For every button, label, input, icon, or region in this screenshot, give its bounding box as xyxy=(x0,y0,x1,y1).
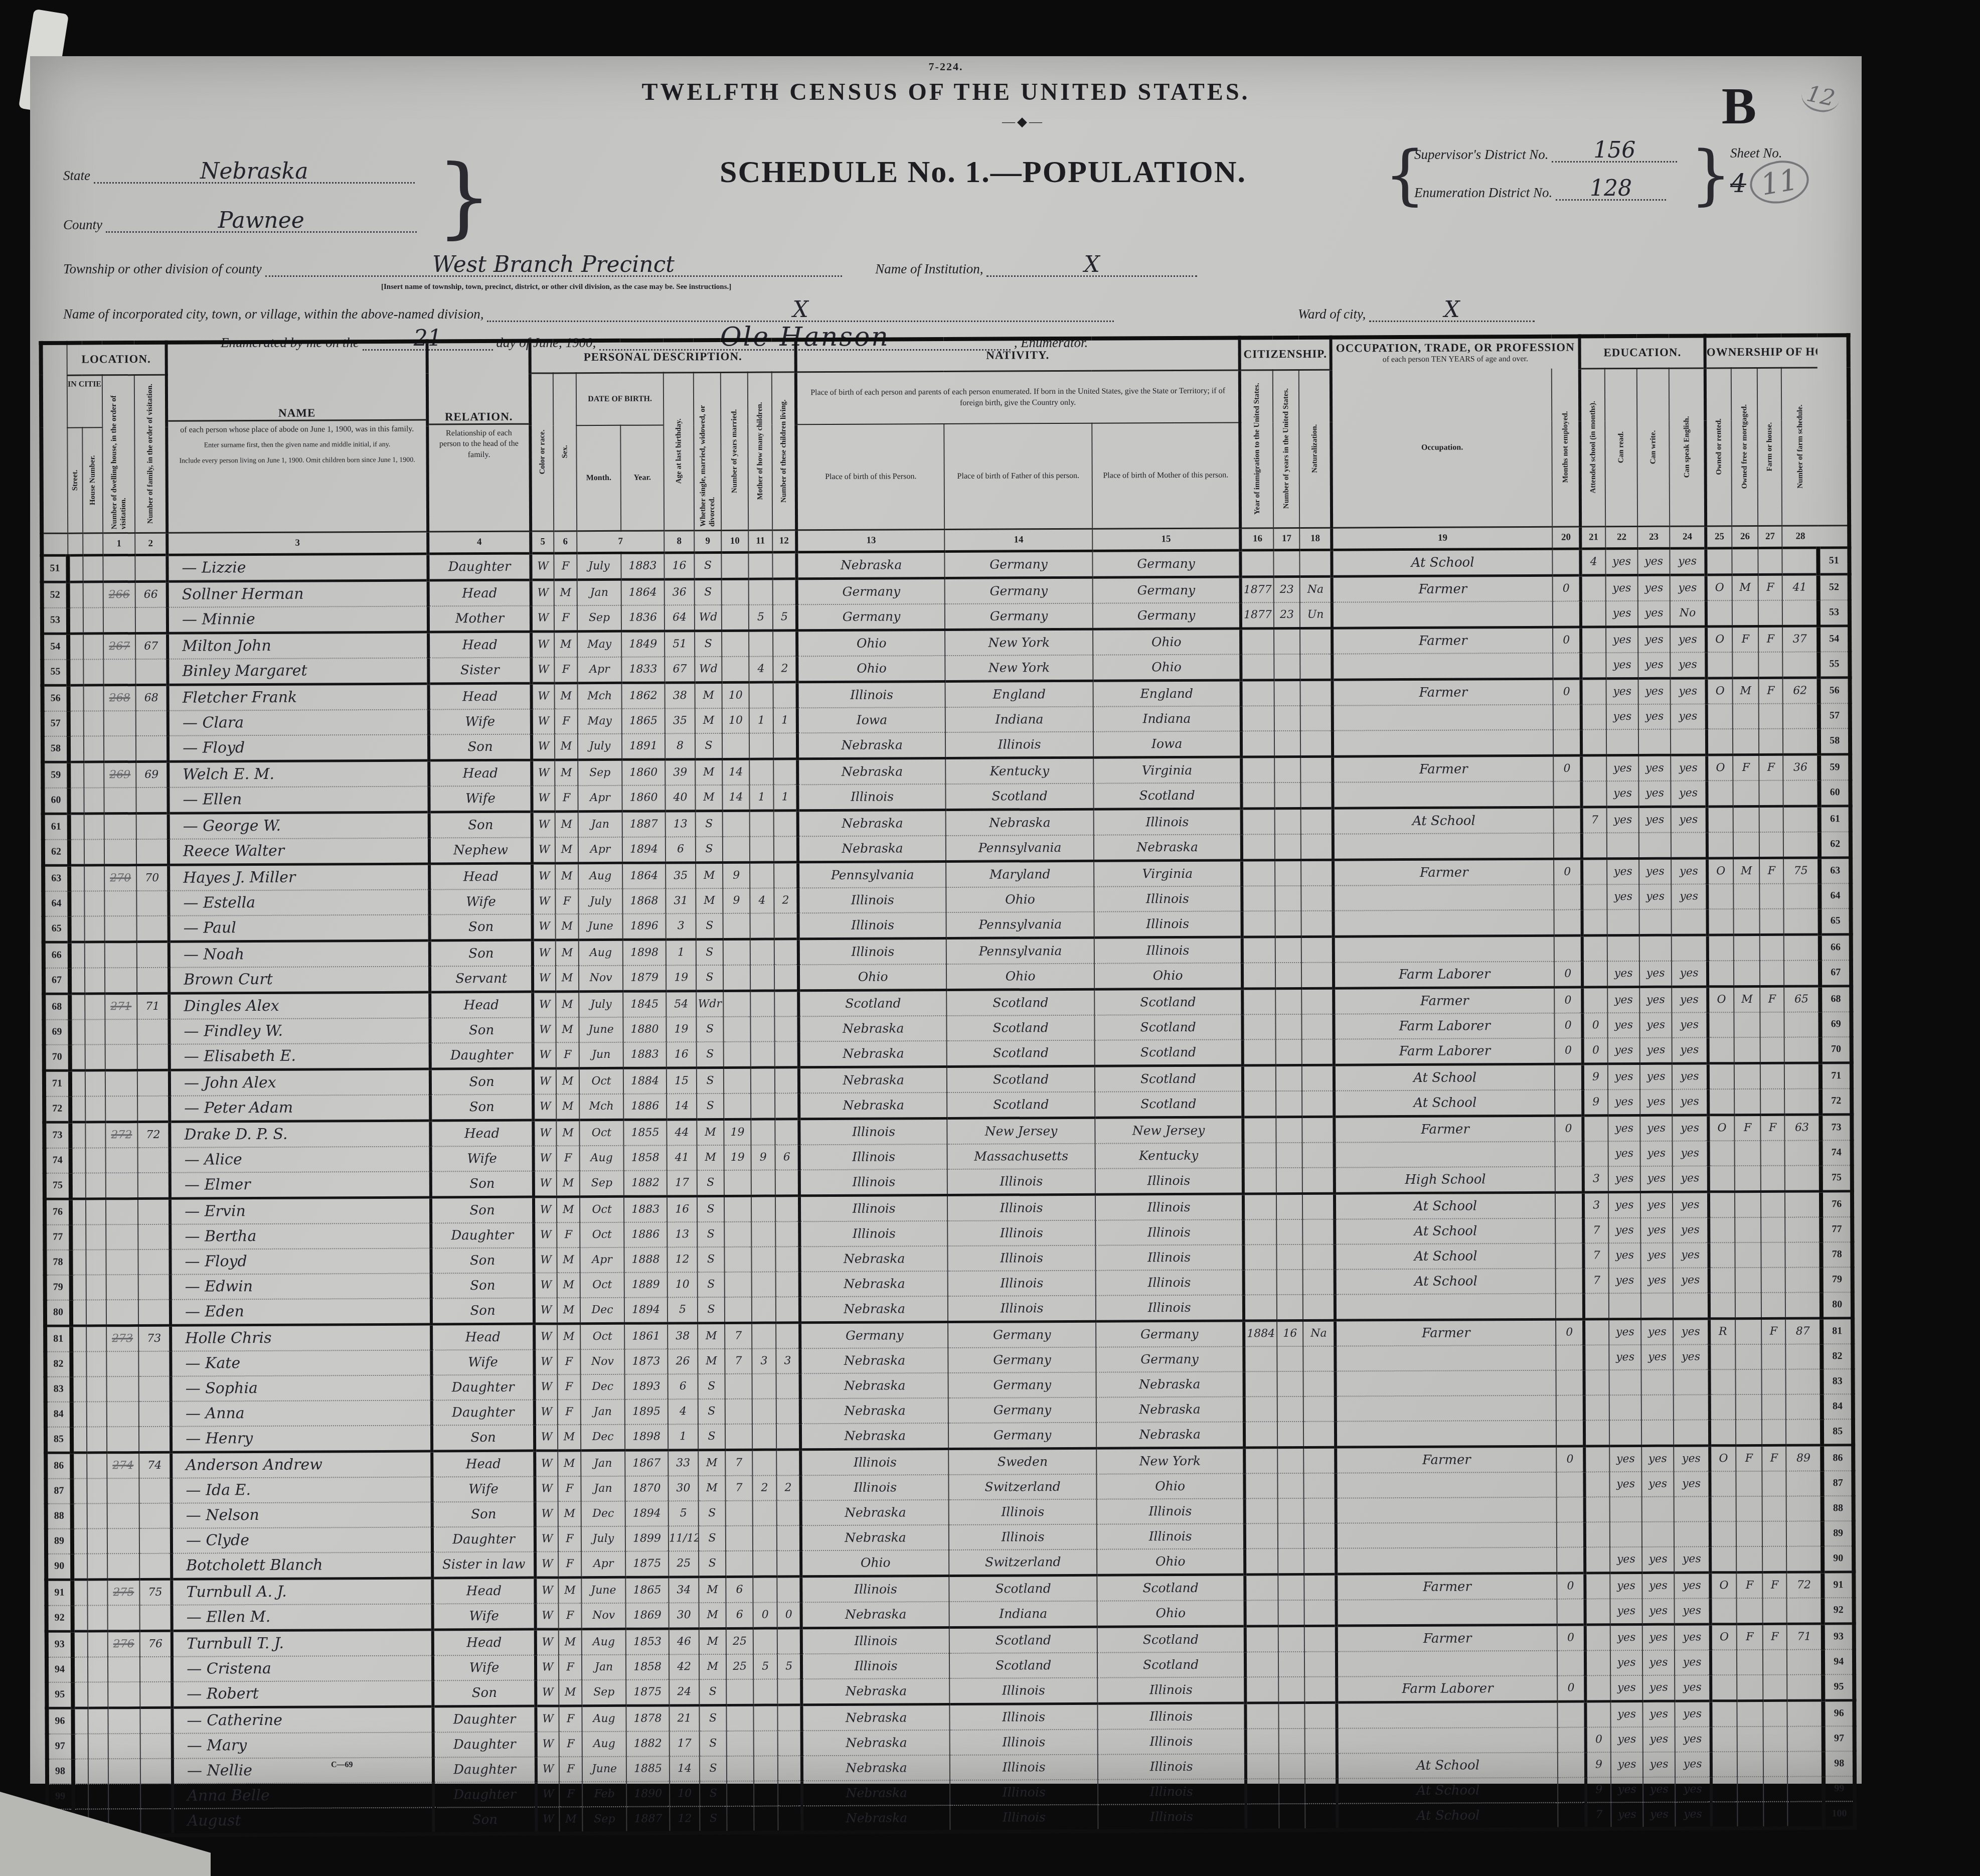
cell-occupation: At School xyxy=(1337,1802,1558,1830)
cell-street xyxy=(69,711,84,736)
cell-birth-year: 1883 xyxy=(623,1042,667,1068)
cell-years-in-us xyxy=(1278,1626,1304,1652)
cell-farm-schedule xyxy=(1787,1700,1824,1726)
cell-name: Fletcher Frank xyxy=(168,684,429,711)
cell-pob-person: Illinois xyxy=(799,1169,947,1196)
group-location: LOCATION. xyxy=(67,343,167,375)
cell-relation: Daughter xyxy=(432,1399,535,1425)
cell-can-write xyxy=(1639,935,1672,961)
cell-sex: F xyxy=(554,553,577,579)
cell-sex: F xyxy=(558,1526,581,1551)
cell-years-in-us xyxy=(1278,1548,1304,1574)
col-age: Age at last birthday. xyxy=(664,372,694,530)
cell-pob-mother: Illinois xyxy=(1098,1729,1246,1754)
cell-name: — Clyde xyxy=(172,1527,432,1553)
cell-birth-year: 1833 xyxy=(621,657,665,683)
cell-relation: Son xyxy=(431,1197,534,1223)
cell-birth-month: Feb xyxy=(582,1781,626,1806)
cell-children-living xyxy=(775,1170,799,1196)
cell-birth-year: 1889 xyxy=(624,1272,668,1297)
cell-can-read: yes xyxy=(1611,1727,1643,1752)
cell-free-mortgaged xyxy=(1735,1267,1761,1292)
cell-can-read xyxy=(1609,1293,1641,1319)
cell-children-living xyxy=(775,1195,799,1221)
cell-street xyxy=(71,1326,86,1352)
cell-naturalization xyxy=(1300,782,1333,808)
cell-naturalization xyxy=(1304,1574,1336,1600)
cell-immigration-year xyxy=(1243,1065,1276,1091)
cell-mother-of xyxy=(752,1272,776,1297)
cell-naturalization xyxy=(1302,1039,1334,1065)
cell-naturalization xyxy=(1301,808,1333,834)
cell-farm-house xyxy=(1763,1674,1787,1700)
cell-farm-schedule: 89 xyxy=(1786,1445,1822,1471)
cell-house-number xyxy=(83,659,103,685)
nativity-desc: Place of birth of each person and parent… xyxy=(796,370,1240,424)
cell-immigration-year xyxy=(1241,654,1274,680)
cell-free-mortgaged xyxy=(1736,1496,1762,1521)
cell-school-months: 7 xyxy=(1584,1268,1609,1293)
cell-school-months xyxy=(1585,1472,1610,1497)
cell-months-unemployed xyxy=(1558,1701,1586,1727)
cell-house-number xyxy=(85,1122,105,1148)
cell-sex: M xyxy=(555,683,578,709)
cell-occupation xyxy=(1333,729,1553,756)
cell-pob-mother: Illinois xyxy=(1096,1244,1244,1270)
cell-naturalization xyxy=(1303,1421,1336,1447)
cell-months-unemployed: 0 xyxy=(1555,1013,1583,1038)
district-brace-close-icon: } xyxy=(1690,136,1732,213)
cell-color: W xyxy=(534,1349,557,1374)
cell-mother-of: 4 xyxy=(750,888,774,913)
cell-can-english: yes xyxy=(1671,754,1707,780)
cell-children-living xyxy=(778,1781,802,1806)
cell-age: 38 xyxy=(668,1323,698,1349)
cell-years-in-us: 23 xyxy=(1274,576,1300,602)
cell-name: Anna Belle xyxy=(173,1782,433,1808)
cell-immigration-year xyxy=(1242,808,1275,834)
cell-can-read: yes xyxy=(1607,780,1639,807)
cell-sex: M xyxy=(556,966,579,992)
cell-street xyxy=(70,1070,85,1097)
cell-family-number xyxy=(138,1147,170,1172)
cell-naturalization xyxy=(1303,1294,1335,1320)
cell-free-mortgaged xyxy=(1733,780,1759,806)
cell-line-number-right: 78 xyxy=(1822,1242,1853,1267)
sheet-block: Sheet No. 4 11 xyxy=(1730,145,1808,203)
cell-dwelling-number: 276 xyxy=(108,1631,140,1657)
cell-birth-year: 1899 xyxy=(625,1526,669,1551)
cell-line-number-right: 55 xyxy=(1819,652,1850,678)
cell-color: W xyxy=(535,1551,558,1578)
cell-years-married xyxy=(726,1525,753,1550)
cell-months-unemployed xyxy=(1557,1599,1585,1625)
cell-farm-schedule xyxy=(1787,1751,1824,1776)
col-dwelling: Number of dwelling house, in the order o… xyxy=(102,375,135,533)
cell-color: W xyxy=(536,1603,559,1629)
cell-can-write: yes xyxy=(1639,987,1672,1013)
cell-occupation: At School xyxy=(1334,1064,1555,1090)
cell-age: 17 xyxy=(667,1170,697,1196)
cell-street xyxy=(72,1401,87,1427)
cell-pob-mother: Illinois xyxy=(1096,1270,1244,1295)
cell-school-months xyxy=(1581,729,1606,755)
cell-line-number-right: 91 xyxy=(1823,1572,1854,1598)
cell-can-english: yes xyxy=(1673,1217,1709,1242)
cell-house-number xyxy=(87,1452,107,1478)
cell-months-unemployed xyxy=(1554,781,1582,807)
cell-line-number: 94 xyxy=(47,1657,73,1682)
cell-naturalization xyxy=(1303,1346,1335,1371)
cell-house-number xyxy=(83,555,103,581)
cell-house-number xyxy=(87,1503,107,1528)
cell-family-number xyxy=(138,1224,170,1249)
cell-can-english: yes xyxy=(1673,1141,1709,1166)
cell-years-married: 9 xyxy=(723,862,750,888)
cell-dwelling-number: 275 xyxy=(107,1579,139,1605)
cell-farm-house xyxy=(1763,1751,1787,1776)
cell-line-number: 86 xyxy=(46,1453,72,1479)
cell-months-unemployed: 0 xyxy=(1555,1038,1583,1064)
cell-children-living xyxy=(777,1550,801,1577)
cell-birth-month: Aug xyxy=(582,1731,626,1756)
cell-marital-status: S xyxy=(696,965,723,991)
cell-house-number xyxy=(88,1682,108,1708)
cell-house-number xyxy=(88,1631,108,1657)
cell-school-months xyxy=(1583,1115,1608,1141)
cell-family-number xyxy=(140,1605,172,1631)
county-value: Pawnee xyxy=(218,208,304,233)
cell-house-number xyxy=(85,1096,105,1122)
cell-months-unemployed: 0 xyxy=(1555,1115,1583,1141)
cell-months-unemployed: 0 xyxy=(1554,858,1582,884)
cell-birth-year: 1864 xyxy=(622,862,666,888)
cell-farm-house: F xyxy=(1760,1115,1784,1141)
cell-children-living xyxy=(778,1731,802,1756)
cell-house-number xyxy=(84,736,104,762)
cell-naturalization xyxy=(1302,1193,1335,1219)
cell-color: W xyxy=(532,759,555,786)
cell-street xyxy=(71,1224,86,1249)
cell-naturalization xyxy=(1300,730,1333,756)
cell-pob-mother: Illinois xyxy=(1095,1193,1243,1220)
cell-months-unemployed xyxy=(1556,1268,1584,1293)
col-free-mortgaged: Owned free or mortgaged. xyxy=(1731,368,1758,526)
cell-pob-person: Illinois xyxy=(799,1118,947,1145)
cell-marital-status: M xyxy=(696,862,723,888)
cell-occupation: Farmer xyxy=(1332,627,1553,654)
cell-pob-mother: Indiana xyxy=(1093,706,1241,731)
cell-immigration-year xyxy=(1241,783,1274,809)
cell-name: — Elmer xyxy=(170,1171,431,1198)
cell-can-english: yes xyxy=(1675,1650,1711,1675)
cell-months-unemployed xyxy=(1553,601,1581,627)
cell-months-unemployed xyxy=(1553,704,1581,729)
cell-mother-of xyxy=(754,1781,778,1806)
cell-name: — Eden xyxy=(171,1298,431,1325)
cell-farm-schedule xyxy=(1785,1292,1822,1318)
cell-birth-year: 1883 xyxy=(621,552,664,579)
col-pob-mother: Place of birth of Mother of this person. xyxy=(1092,422,1240,528)
cell-owned-rented: O xyxy=(1707,678,1733,704)
col-mother-children: Mother of how many children. xyxy=(748,372,772,530)
cell-farm-house xyxy=(1762,1419,1786,1445)
cell-birth-month: July xyxy=(581,1526,625,1551)
cell-birth-month: July xyxy=(578,733,622,759)
cell-street xyxy=(68,607,83,634)
cell-birth-month: Oct xyxy=(579,1120,623,1146)
cell-age: 4 xyxy=(668,1399,698,1424)
cell-street xyxy=(68,582,83,608)
cell-name: — Minnie xyxy=(168,606,428,633)
state-value: Nebraska xyxy=(200,159,308,184)
cell-occupation xyxy=(1332,653,1553,679)
cell-free-mortgaged xyxy=(1732,548,1758,574)
cell-name: — Nelson xyxy=(172,1502,432,1528)
cell-can-write: yes xyxy=(1640,1217,1673,1242)
cell-farm-schedule xyxy=(1786,1546,1823,1572)
cell-years-married xyxy=(724,1041,751,1067)
cell-pob-person: Illinois xyxy=(798,887,946,913)
cell-marital-status: S xyxy=(700,1731,727,1756)
cell-immigration-year xyxy=(1245,1523,1278,1548)
cell-free-mortgaged xyxy=(1734,960,1760,986)
cell-relation: Son xyxy=(430,940,533,966)
cell-can-read: yes xyxy=(1610,1598,1642,1624)
cell-dwelling-number xyxy=(108,1784,140,1809)
cell-pob-mother: Virginia xyxy=(1094,860,1242,886)
cell-years-in-us: 16 xyxy=(1277,1320,1303,1346)
cell-farm-house xyxy=(1762,1521,1786,1546)
cell-months-unemployed: 0 xyxy=(1557,1573,1585,1599)
cell-relation: Son xyxy=(429,812,532,838)
cell-occupation xyxy=(1336,1472,1557,1498)
cell-owned-rented: O xyxy=(1710,1445,1736,1471)
cell-school-months xyxy=(1585,1599,1610,1625)
cell-farm-schedule: 75 xyxy=(1783,857,1820,883)
cell-occupation xyxy=(1335,1293,1556,1320)
cell-school-months: 4 xyxy=(1580,548,1605,575)
cell-can-read: yes xyxy=(1610,1650,1642,1675)
cell-marital-status: S xyxy=(699,1705,726,1731)
cell-occupation: Farmer xyxy=(1333,679,1553,705)
cell-immigration-year xyxy=(1245,1548,1278,1575)
cell-years-married xyxy=(725,1398,752,1424)
cell-birth-year: 1880 xyxy=(623,1017,666,1042)
cell-owned-rented xyxy=(1710,1546,1736,1573)
cell-can-read xyxy=(1609,1394,1641,1420)
cell-name: — Henry xyxy=(171,1425,432,1452)
cell-marital-status: Wd xyxy=(695,656,722,682)
cell-dwelling-number: 274 xyxy=(107,1452,139,1478)
cell-can-english: yes xyxy=(1672,1089,1708,1115)
cell-owned-rented xyxy=(1708,961,1734,987)
cell-family-number xyxy=(138,1351,171,1376)
col-school-months: Attended school (in months). xyxy=(1580,368,1605,526)
cell-pob-mother: Ohio xyxy=(1093,654,1241,681)
cell-farm-schedule: 72 xyxy=(1786,1572,1823,1598)
cell-months-unemployed xyxy=(1555,1218,1583,1243)
cell-line-number-right: 92 xyxy=(1823,1598,1854,1624)
cell-owned-rented: O xyxy=(1711,1624,1737,1650)
cell-sex: F xyxy=(557,1349,580,1374)
cell-children-living xyxy=(774,836,798,862)
cell-color: W xyxy=(533,991,556,1017)
cell-farm-house xyxy=(1763,1598,1787,1624)
cell-immigration-year xyxy=(1242,834,1275,860)
cell-line-number: 78 xyxy=(45,1249,71,1275)
cell-street xyxy=(71,1351,86,1376)
cell-children-living xyxy=(777,1576,801,1602)
cell-street xyxy=(69,814,84,840)
cell-pob-mother: Scotland xyxy=(1097,1574,1245,1601)
cell-farm-schedule: 41 xyxy=(1782,574,1819,600)
cell-children-living xyxy=(773,733,797,759)
cell-house-number xyxy=(88,1759,108,1784)
cell-can-read: yes xyxy=(1611,1752,1643,1777)
cell-children-living: 0 xyxy=(777,1602,801,1628)
cell-birth-month: Sep xyxy=(578,759,622,786)
cell-pob-father: Kentucky xyxy=(945,757,1093,784)
cell-naturalization xyxy=(1302,1014,1334,1039)
cell-free-mortgaged: F xyxy=(1737,1624,1763,1650)
cell-can-write: yes xyxy=(1640,1192,1673,1218)
cell-farm-schedule xyxy=(1782,547,1818,574)
cell-line-number-right: 99 xyxy=(1824,1776,1855,1801)
cell-can-english: yes xyxy=(1673,1344,1709,1369)
cell-immigration-year xyxy=(1245,1574,1278,1600)
cell-house-number xyxy=(86,1275,106,1300)
cell-sex: M xyxy=(557,1247,580,1273)
cell-years-married xyxy=(725,1424,752,1450)
cell-birth-year: 1887 xyxy=(622,811,666,837)
cell-free-mortgaged xyxy=(1737,1751,1763,1776)
cell-dwelling-number xyxy=(105,968,137,994)
cell-years-married: 10 xyxy=(722,682,749,708)
cell-can-write: yes xyxy=(1643,1802,1675,1828)
cell-pob-father: Pennsylvania xyxy=(946,911,1094,938)
cell-children-living xyxy=(772,552,796,578)
cell-line-number: 75 xyxy=(45,1173,71,1199)
cell-immigration-year xyxy=(1244,1422,1277,1448)
cell-occupation xyxy=(1336,1370,1556,1396)
cell-pob-person: Nebraska xyxy=(800,1348,948,1373)
cell-birth-month: Dec xyxy=(581,1374,625,1399)
cell-pob-mother: Germany xyxy=(1096,1320,1244,1347)
cell-years-in-us xyxy=(1273,550,1299,576)
cell-owned-rented xyxy=(1711,1675,1737,1701)
cell-marital-status: Wdr xyxy=(696,991,723,1017)
cell-line-number: 53 xyxy=(42,607,68,634)
cell-family-number: 69 xyxy=(136,761,168,788)
cell-owned-rented xyxy=(1710,1369,1736,1394)
cell-naturalization xyxy=(1300,628,1332,654)
cell-pob-person: Illinois xyxy=(801,1576,949,1602)
cell-farm-house xyxy=(1759,832,1783,858)
cell-pob-father: Massachusetts xyxy=(947,1143,1095,1169)
cell-house-number xyxy=(88,1605,108,1631)
cell-dwelling-number xyxy=(108,1734,140,1759)
cell-relation: Head xyxy=(430,1120,533,1146)
cell-children-living xyxy=(776,1272,800,1297)
cell-school-months xyxy=(1585,1547,1610,1573)
cell-immigration-year xyxy=(1243,1193,1276,1219)
cell-mother-of xyxy=(752,1373,776,1398)
cell-children-living xyxy=(774,939,798,965)
cell-name: — Edwin xyxy=(171,1273,431,1299)
cell-color: W xyxy=(532,837,555,863)
cell-can-english: yes xyxy=(1675,1675,1711,1701)
cell-relation: Head xyxy=(428,580,531,606)
cell-pob-father: England xyxy=(945,681,1093,707)
cell-house-number xyxy=(86,1300,106,1326)
cell-birth-month: Apr xyxy=(577,657,621,683)
cell-months-unemployed xyxy=(1553,653,1581,679)
cell-birth-year: 1845 xyxy=(623,991,666,1017)
cell-free-mortgaged: F xyxy=(1734,1115,1760,1141)
supervisor-value: 156 xyxy=(1593,137,1635,163)
cell-children-living: 2 xyxy=(776,1475,800,1500)
cell-free-mortgaged xyxy=(1737,1649,1763,1674)
cell-pob-mother: Illinois xyxy=(1097,1702,1245,1729)
cell-farm-schedule xyxy=(1784,1088,1821,1115)
cell-line-number: 63 xyxy=(43,865,69,891)
cell-birth-year: 1858 xyxy=(624,1145,667,1170)
cell-can-read: yes xyxy=(1606,678,1638,704)
cell-months-unemployed xyxy=(1558,1777,1586,1802)
cell-line-number: 84 xyxy=(46,1401,72,1427)
cell-age: 19 xyxy=(666,965,696,991)
cell-birth-year: 1891 xyxy=(622,733,665,759)
cell-occupation xyxy=(1334,935,1554,962)
cell-can-read xyxy=(1606,729,1638,755)
cell-farm-schedule xyxy=(1783,780,1820,806)
cell-occupation: At School xyxy=(1337,1752,1558,1778)
cell-occupation: At School xyxy=(1333,807,1554,834)
ward-line: X xyxy=(1369,301,1535,322)
cell-months-unemployed xyxy=(1554,935,1582,961)
cell-street xyxy=(71,1148,86,1173)
cell-immigration-year xyxy=(1242,860,1275,886)
cell-line-number-right: 79 xyxy=(1822,1267,1853,1292)
cell-family-number: 72 xyxy=(137,1122,170,1148)
cell-relation: Son xyxy=(432,1501,535,1527)
cell-birth-month: Jan xyxy=(578,811,622,837)
cell-can-read: yes xyxy=(1605,548,1637,575)
cell-birth-year: 1888 xyxy=(624,1247,667,1272)
cell-relation: Son xyxy=(431,1171,534,1197)
cell-color: W xyxy=(536,1732,559,1757)
cell-house-number xyxy=(84,761,104,788)
cell-pob-father: Germany xyxy=(945,577,1093,604)
cell-line-number-right: 73 xyxy=(1821,1114,1852,1140)
cell-marital-status: S xyxy=(700,1756,727,1781)
cell-children-living xyxy=(775,1119,799,1145)
cell-school-months xyxy=(1581,755,1606,781)
cell-years-married xyxy=(726,1679,753,1705)
cell-owned-rented xyxy=(1707,729,1733,755)
cell-farm-schedule: 37 xyxy=(1782,626,1819,652)
group-ownership: OWNERSHIP OF HOME. xyxy=(1705,335,1818,368)
cell-naturalization xyxy=(1304,1498,1336,1523)
cell-marital-status: S xyxy=(694,552,721,579)
cell-line-number: 87 xyxy=(46,1478,72,1503)
cell-farm-schedule xyxy=(1787,1726,1824,1751)
cell-can-english xyxy=(1673,1293,1709,1319)
cell-mother-of: 5 xyxy=(749,604,773,631)
cell-relation: Head xyxy=(432,1451,535,1477)
cell-years-married: 7 xyxy=(725,1323,752,1349)
